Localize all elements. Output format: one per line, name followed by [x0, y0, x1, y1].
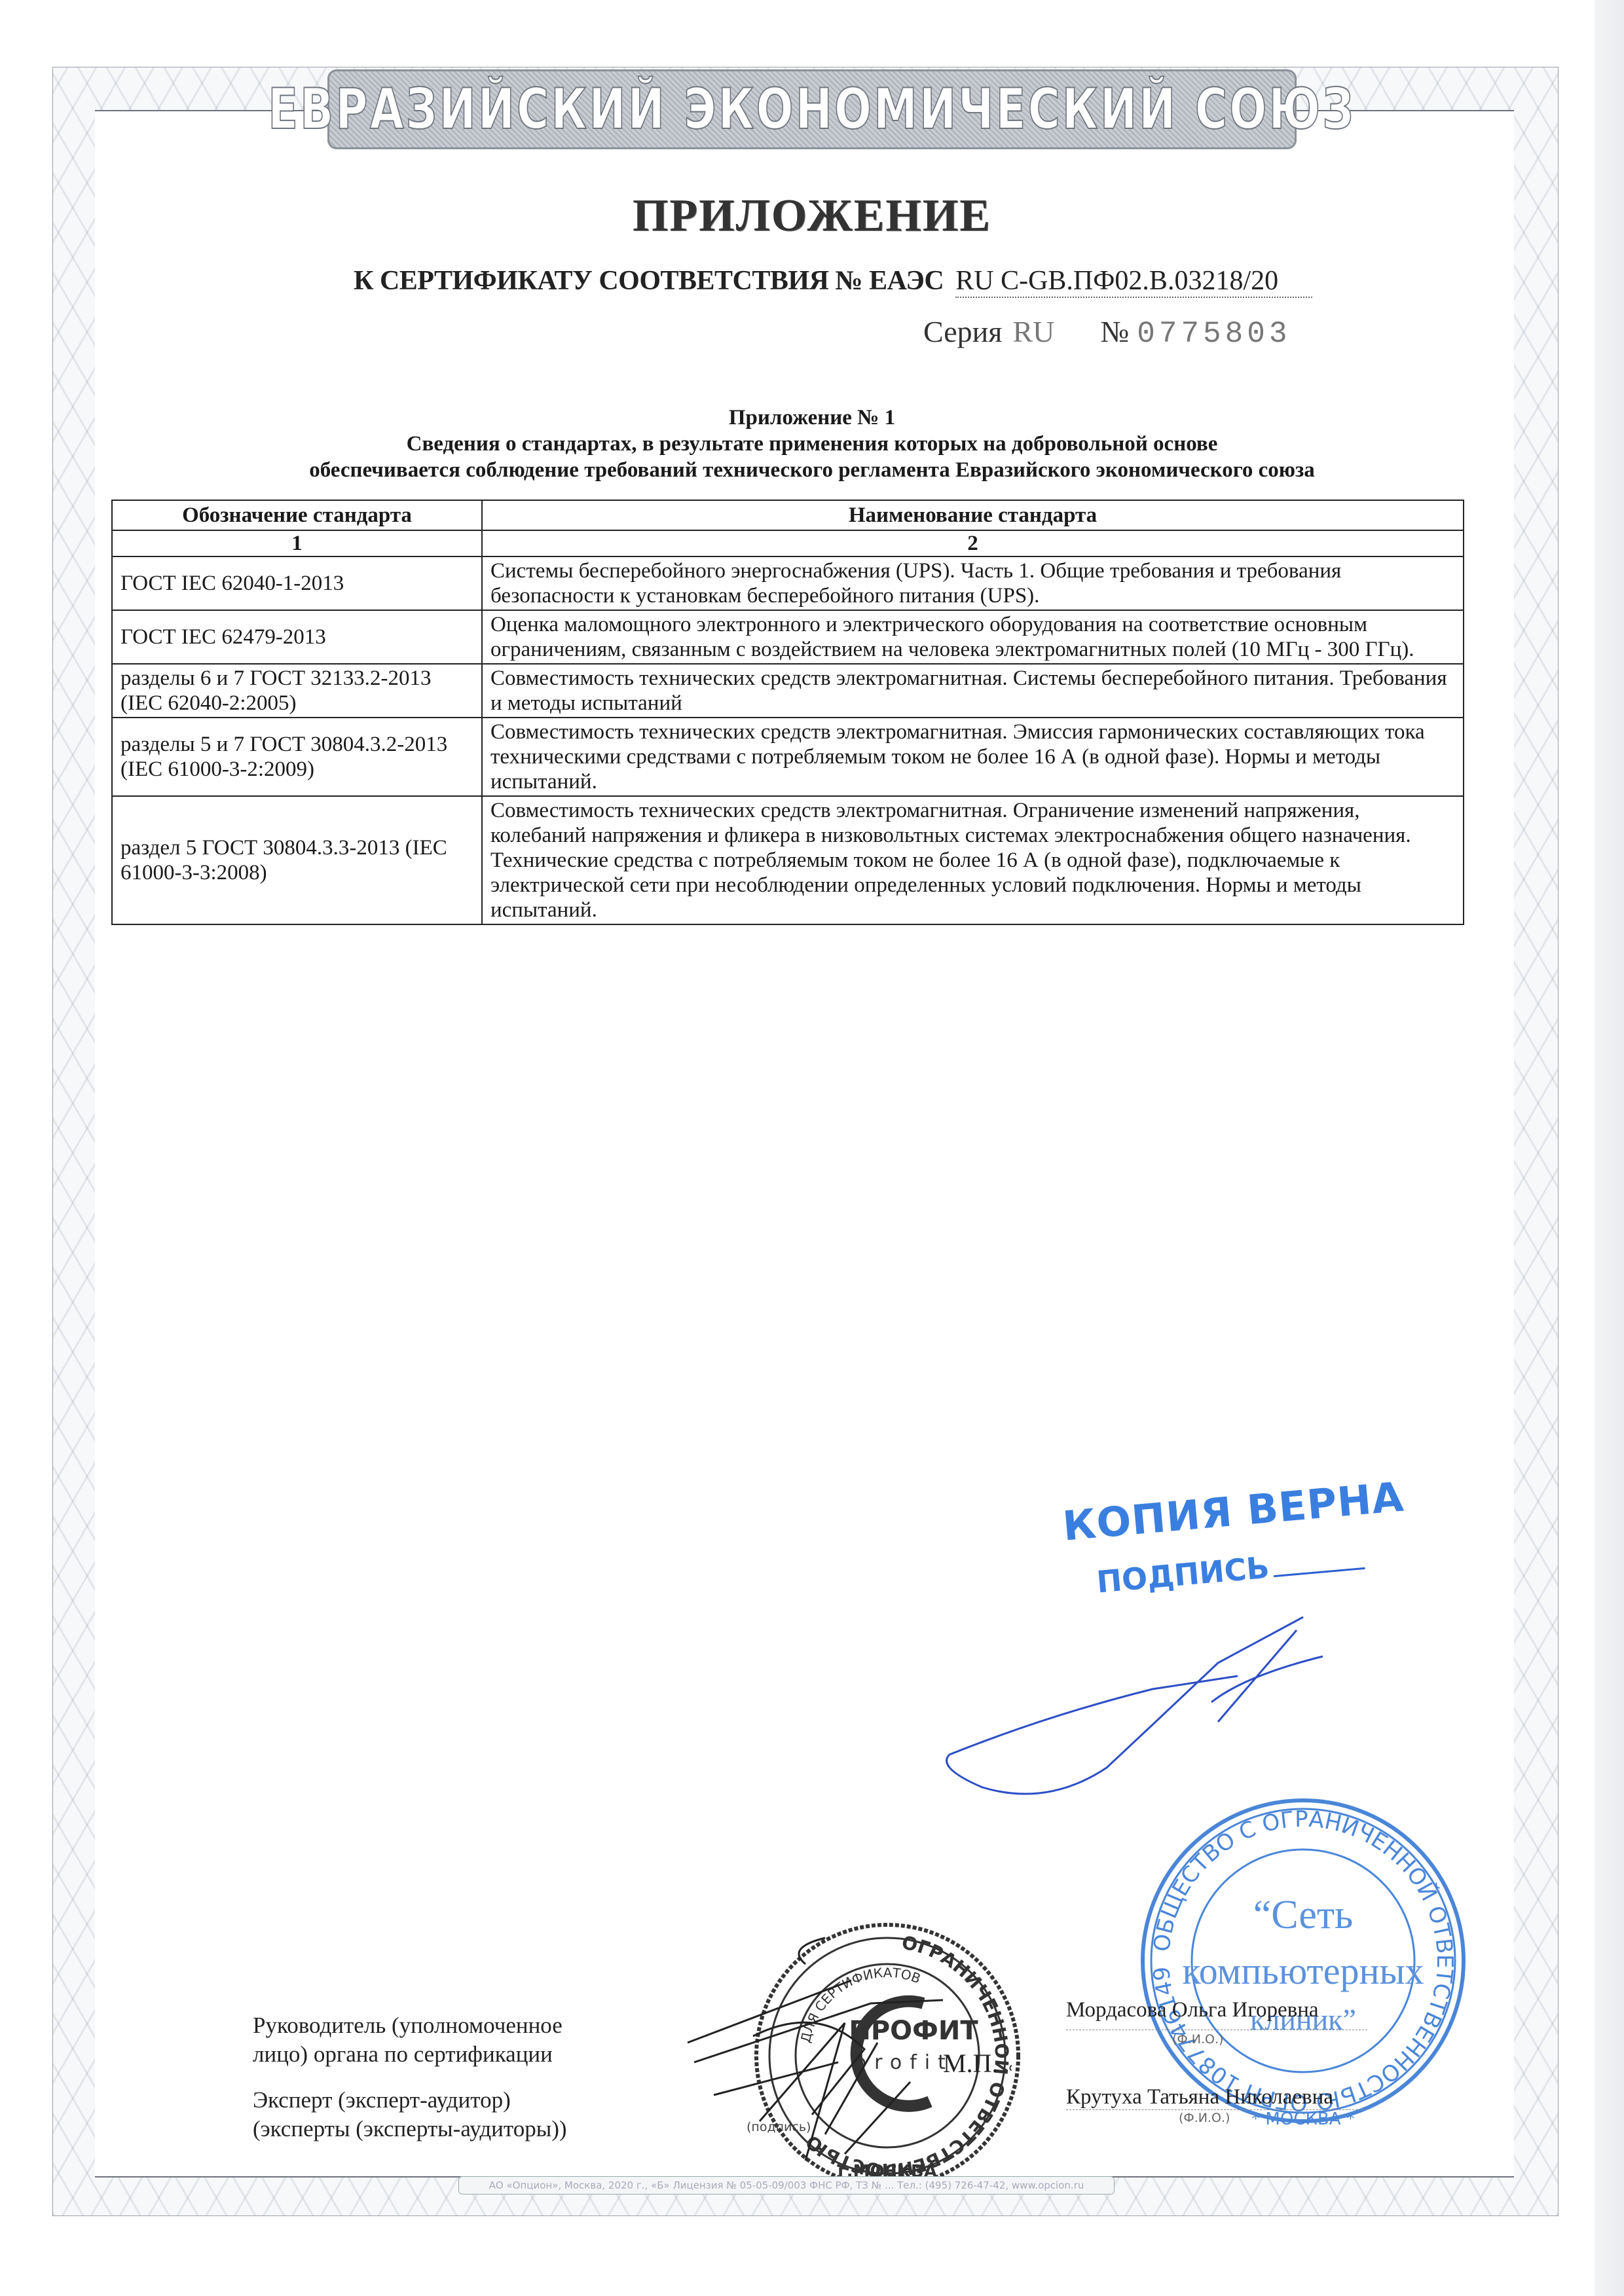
printer-imprint: АО «Опцион», Москва, 2020 г., «Б» Лиценз…: [458, 2176, 1115, 2195]
table-row: раздел 5 ГОСТ 30804.3.3-2013 (IEC 61000-…: [112, 796, 1464, 924]
standard-name: Совместимость технических средств электр…: [482, 718, 1464, 796]
expert-full-name: Крутуха Татьяна Николаевна: [1066, 2085, 1333, 2109]
standard-designation: ГОСТ IEC 62040-1-2013: [112, 556, 482, 610]
expert-label-line1: Эксперт (эксперт-аудитор): [253, 2086, 567, 2115]
series-value: RU: [1012, 315, 1054, 348]
annex-description-line1: Сведения о стандартах, в результате прим…: [0, 431, 1624, 457]
head-name-underline: [1066, 2030, 1367, 2030]
head-full-name: Мордасова Ольга Игоревна: [1066, 1998, 1319, 2022]
head-label-line2: лицо) органа по сертификации: [253, 2040, 563, 2069]
form-series: СерияRU№0775803: [923, 314, 1291, 351]
standard-name: Совместимость технических средств электр…: [482, 664, 1464, 718]
scan-edge-shade: [1595, 0, 1624, 2296]
column-index-2: 2: [482, 530, 1464, 556]
expert-fio-caption: (Ф.И.О.): [1179, 2111, 1230, 2125]
standard-designation: раздел 5 ГОСТ 30804.3.3-2013 (IEC 61000-…: [112, 796, 482, 924]
standard-designation: разделы 6 и 7 ГОСТ 32133.2-2013 (IEC 620…: [112, 664, 482, 718]
column-header-name: Наименование стандарта: [482, 500, 1464, 530]
annex-number: Приложение № 1: [0, 405, 1624, 431]
table-row: разделы 5 и 7 ГОСТ 30804.3.2-2013 (IEC 6…: [112, 718, 1464, 796]
head-fio-caption: (Ф.И.О.): [1172, 2032, 1223, 2047]
certificate-label: К СЕРТИФИКАТУ СООТВЕТСТВИЯ № ЕАЭС: [354, 266, 944, 296]
table-index-row: 1 2: [112, 530, 1464, 556]
standard-designation: ГОСТ IEC 62479-2013: [112, 610, 482, 664]
number-label: №: [1100, 315, 1129, 348]
seal-place-label: М.П.: [943, 2048, 998, 2079]
standard-name: Оценка маломощного электронного и электр…: [482, 610, 1464, 664]
expert-label-line2: (эксперты (эксперты-аудиторы)): [253, 2115, 567, 2143]
signature-caption: (подпись): [747, 2120, 811, 2134]
series-label: Серия: [923, 315, 1002, 348]
standard-name: Совместимость технических средств электр…: [482, 796, 1464, 924]
banner-text: ЕВРАЗИЙСКИЙ ЭКОНОМИЧЕСКИЙ СОЮЗ: [268, 77, 1356, 142]
table-row: ГОСТ IEC 62040-1-2013 Системы бесперебой…: [112, 556, 1464, 610]
annex-description-line2: обеспечивается соблюдение требований тех…: [0, 457, 1624, 483]
head-label-line1: Руководитель (уполномоченное: [253, 2011, 563, 2040]
union-banner: ЕВРАЗИЙСКИЙ ЭКОНОМИЧЕСКИЙ СОЮЗ: [327, 69, 1297, 149]
head-of-certification-body-label: Руководитель (уполномоченное лицо) орган…: [253, 2011, 563, 2069]
expert-auditor-label: Эксперт (эксперт-аудитор) (эксперты (экс…: [253, 2086, 567, 2143]
signature-underline: [1274, 1567, 1365, 1577]
table-row: разделы 6 и 7 ГОСТ 32133.2-2013 (IEC 620…: [112, 664, 1464, 718]
certificate-reference: К СЕРТИФИКАТУ СООТВЕТСТВИЯ № ЕАЭСRU C-GB…: [354, 265, 1312, 298]
form-number: 0775803: [1137, 317, 1291, 351]
table-row: ГОСТ IEC 62479-2013 Оценка маломощного э…: [112, 610, 1464, 664]
standard-designation: разделы 5 и 7 ГОСТ 30804.3.2-2013 (IEC 6…: [112, 718, 482, 796]
standards-table: Обозначение стандарта Наименование станд…: [111, 500, 1464, 925]
column-header-designation: Обозначение стандарта: [112, 500, 482, 530]
annex-heading: Приложение № 1 Сведения о стандартах, в …: [0, 405, 1624, 483]
expert-name-underline: [1066, 2109, 1367, 2110]
certificate-number: RU C-GB.ПФ02.В.03218/20: [955, 265, 1312, 298]
column-index-1: 1: [112, 530, 482, 556]
standard-name: Системы бесперебойного энергоснабжения (…: [482, 556, 1464, 610]
table-header-row: Обозначение стандарта Наименование станд…: [112, 500, 1464, 530]
document-title: ПРИЛОЖЕНИЕ: [0, 190, 1624, 242]
